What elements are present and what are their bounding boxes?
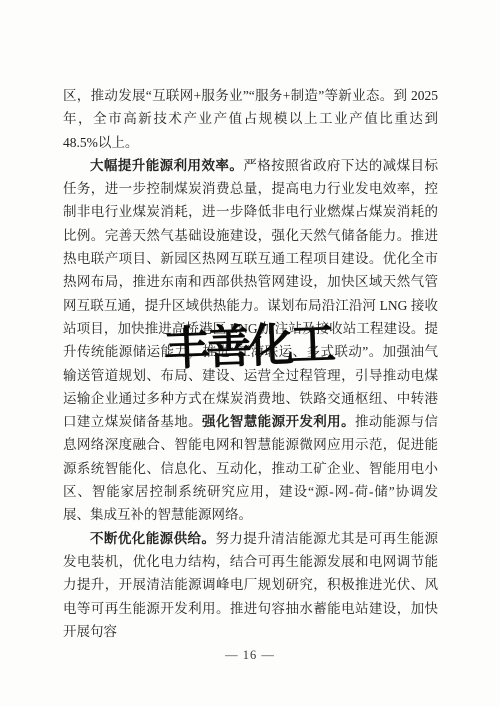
- paragraph: 区，推动发展“互联网+服务业”“服务+制造”等新业态。到 2025 年，全市高新…: [63, 84, 438, 154]
- page-number: — 16 —: [0, 648, 500, 663]
- paragraph: 不断优化能源供给。努力提升清洁能源尤其是可再生能源发电装机，优化电力结构，结合可…: [63, 527, 438, 643]
- body-text: 严格按照省政府下达的减煤目标任务，进一步控制煤炭消费总量，提高电力行业发电效率，…: [63, 158, 438, 429]
- watermark-stamp: 丰善化工: [163, 320, 333, 372]
- document-page: 区，推动发展“互联网+服务业”“服务+制造”等新业态。到 2025 年，全市高新…: [0, 0, 500, 707]
- run-in-heading: 强化智慧能源开发利用。: [202, 414, 355, 429]
- body-text: 努力提升清洁能源尤其是可再生能源发电装机，优化电力结构，结合可再生能源发展和电网…: [63, 531, 438, 639]
- body-text: 推动能源与信息网络深度融合、智能电网和智慧能源微网应用示范，促进能源系统智能化、…: [63, 414, 438, 522]
- body-text: 区，推动发展“互联网+服务业”“服务+制造”等新业态。到 2025 年，全市高新…: [63, 88, 438, 150]
- run-in-heading: 大幅提升能源利用效率。: [90, 158, 243, 173]
- run-in-heading: 不断优化能源供给。: [90, 531, 215, 546]
